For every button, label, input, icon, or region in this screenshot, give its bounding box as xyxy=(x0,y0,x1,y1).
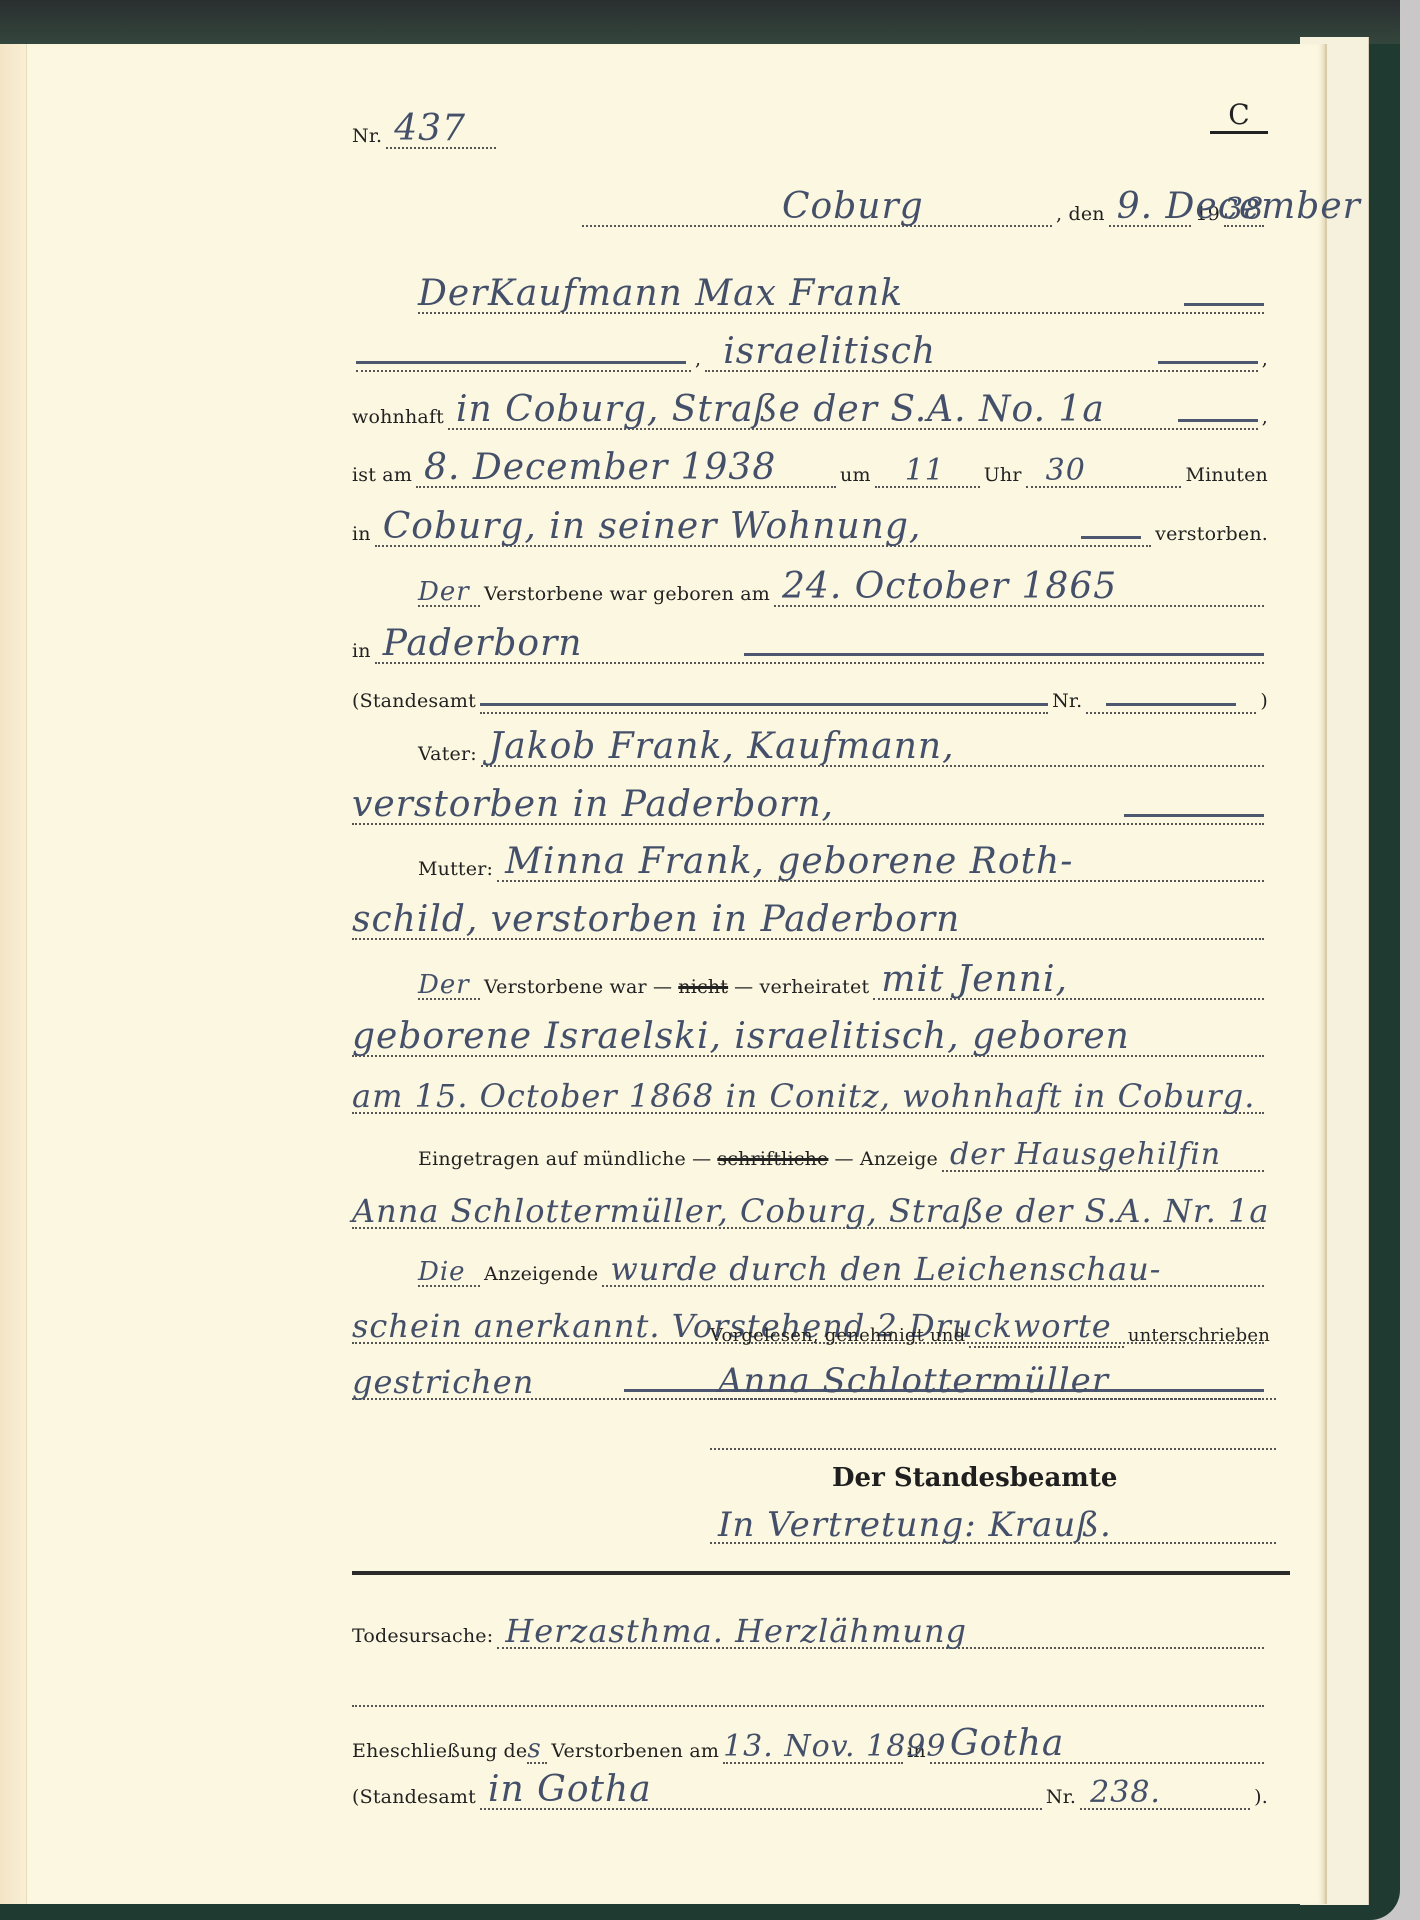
marriage-registry-field: in Gotha xyxy=(480,1768,1042,1810)
informant-field: der Hausgehilfin xyxy=(942,1130,1264,1172)
death-minutes-field: 30 xyxy=(1026,446,1182,488)
residence-label: wohnhaft xyxy=(352,406,444,430)
mother-row: Mutter: Minna Frank, geborene Roth- xyxy=(352,840,1268,882)
death-date-label: ist am xyxy=(352,464,412,488)
filler-dash xyxy=(1158,361,1258,364)
filler-dash xyxy=(1106,703,1236,706)
birth-date-field: 24. October 1865 xyxy=(774,565,1264,607)
informant-signature-row: Anna Schlottermüller xyxy=(710,1358,1280,1400)
filler-dash xyxy=(1081,536,1141,539)
mother-field-2: schild, verstorben in Paderborn xyxy=(352,898,1264,940)
father-field-2: verstorben in Paderborn, xyxy=(352,783,1264,825)
filler-dash xyxy=(1184,303,1264,306)
mother-row-2: schild, verstorben in Paderborn xyxy=(352,898,1268,940)
birth-registry-nr-field xyxy=(1086,672,1256,714)
place-value: Coburg xyxy=(782,189,924,225)
marriage-registry-nr-value: 238. xyxy=(1090,1778,1161,1808)
previous-page-gutter xyxy=(0,44,27,1904)
birth-date-row: Der Verstorbene war geboren am 24. Octob… xyxy=(352,565,1268,607)
section-divider xyxy=(352,1571,1290,1575)
informant-signature: Anna Schlottermüller xyxy=(718,1364,1109,1398)
filler-dash xyxy=(744,653,1264,656)
spouse-field-3: am 15. October 1868 in Conitz, wohnhaft … xyxy=(352,1072,1264,1114)
residence-field: in Coburg, Straße der S.A. No. 1a xyxy=(448,388,1258,430)
date-field: 9. December xyxy=(1109,185,1192,227)
informant-note-row: Die Anzeigende wurde durch den Leichensc… xyxy=(352,1245,1268,1287)
blank-field xyxy=(356,330,691,372)
father-value-2: verstorben in Paderborn, xyxy=(352,787,834,823)
father-row-2: verstorben in Paderborn, xyxy=(352,783,1268,825)
deceased-name-row: Der Kaufmann Max Frank xyxy=(352,272,1268,314)
year-value: 38 xyxy=(1224,195,1264,225)
cause-row-2 xyxy=(352,1665,1268,1707)
residence-row: wohnhaft in Coburg, Straße der S.A. No. … xyxy=(352,388,1268,430)
death-place-field: Coburg, in seiner Wohnung, xyxy=(375,505,1151,547)
death-date-field: 8. December 1938 xyxy=(416,446,836,488)
filler-dash xyxy=(1124,814,1264,817)
deceased-article: Der xyxy=(418,276,488,312)
birth-article-field: Der xyxy=(418,565,480,607)
marriage-registry-nr-field: 238. xyxy=(1080,1768,1250,1810)
father-value: Jakob Frank, Kaufmann, xyxy=(489,729,955,765)
official-signature: In Vertretung: Krauß. xyxy=(718,1508,1112,1542)
cause-label: Todesursache: xyxy=(352,1625,493,1649)
cause-of-death-row: Todesursache: Herzasthma. Herzlähmung xyxy=(352,1607,1268,1649)
date-label: , den xyxy=(1056,203,1105,227)
birth-place-value: Paderborn xyxy=(383,626,583,662)
book-top-edge xyxy=(0,0,1400,44)
father-row: Vater: Jakob Frank, Kaufmann, xyxy=(352,725,1268,767)
informant-note-value: wurde durch den Leichenschau- xyxy=(610,1253,1161,1285)
official-heading: Der Standesbeamte xyxy=(832,1463,1117,1493)
religion-field: israelitisch xyxy=(705,330,1258,372)
filler-dash xyxy=(480,703,1048,706)
mother-label: Mutter: xyxy=(418,858,493,882)
religion-value: israelitisch xyxy=(723,334,936,370)
marriage-place-value: Gotha xyxy=(950,1726,1065,1762)
death-hour-value: 11 xyxy=(905,456,945,486)
marriage-registry-value: in Gotha xyxy=(488,1772,652,1808)
official-signature-row: In Vertretung: Krauß. xyxy=(710,1502,1280,1544)
father-label: Vater: xyxy=(418,743,477,767)
birth-date-value: 24. October 1865 xyxy=(782,569,1117,605)
register-number-row: Nr. 437 xyxy=(352,107,592,149)
register-number-label: Nr. xyxy=(352,125,382,149)
read-approved-row: Vorgelesen, genehmigt und unterschrieben xyxy=(710,1318,1270,1348)
death-hour-field: 11 xyxy=(875,446,980,488)
death-time-row: ist am 8. December 1938 um 11 Uhr 30 Min… xyxy=(352,446,1268,488)
marriage-place-field: Gotha xyxy=(930,1722,1264,1764)
article-suffix-field: s xyxy=(527,1722,547,1764)
religion-row: , israelitisch , xyxy=(352,330,1268,372)
informant-note-field: wurde durch den Leichenschau- xyxy=(602,1245,1264,1287)
filler-dash xyxy=(1178,419,1258,422)
struck-word: nicht xyxy=(678,976,728,1000)
birth-date-label: Verstorbene war geboren am xyxy=(484,583,770,607)
marriage-date-field: 13. Nov. 1899 xyxy=(723,1722,903,1764)
blank-field xyxy=(710,1408,1276,1450)
marital-article-field: Der xyxy=(418,958,480,1000)
blank-signature-row xyxy=(710,1408,1280,1450)
marriage-date-value: 13. Nov. 1899 xyxy=(723,1732,946,1762)
death-place-row: in Coburg, in seiner Wohnung, verstorben… xyxy=(352,505,1268,547)
year-field: 38 xyxy=(1224,185,1264,227)
deceased-name-field: Der Kaufmann Max Frank xyxy=(418,272,1264,314)
informant-value-2: Anna Schlottermüller, Coburg, Straße der… xyxy=(352,1195,1269,1227)
informant-note-value-3: gestrichen xyxy=(352,1366,534,1398)
death-date-value: 8. December 1938 xyxy=(424,450,776,486)
filler-dash xyxy=(356,361,686,364)
spouse-value-3: am 15. October 1868 in Conitz, wohnhaft … xyxy=(352,1080,1255,1112)
residence-value: in Coburg, Straße der S.A. No. 1a xyxy=(456,392,1105,428)
birth-registry-row: (Standesamt Nr. ) xyxy=(352,672,1268,714)
marriage-date-row: Eheschließung de s Verstorbenen am 13. N… xyxy=(352,1722,1268,1764)
mother-value: Minna Frank, geborene Roth- xyxy=(505,844,1073,880)
spouse-row-3: am 15. October 1868 in Conitz, wohnhaft … xyxy=(352,1072,1268,1114)
birth-place-row: in Paderborn xyxy=(352,622,1268,664)
marital-status-row: Der Verstorbene war — nicht — verheirate… xyxy=(352,958,1268,1000)
informant-signature-field: Anna Schlottermüller xyxy=(710,1358,1276,1400)
mother-value-2: schild, verstorben in Paderborn xyxy=(352,902,960,938)
birth-registry-field xyxy=(480,672,1048,714)
marriage-registry-row: (Standesamt in Gotha Nr. 238. ). xyxy=(352,1768,1268,1810)
birth-place-field: Paderborn xyxy=(375,622,1264,664)
blank-field xyxy=(352,1665,1264,1707)
place-date-row: Coburg , den 9. December 19 38 xyxy=(352,185,1268,227)
register-number-value: 437 xyxy=(394,111,466,147)
spouse-row-2: geborene Israelski, israelitisch, gebore… xyxy=(352,1015,1268,1057)
register-number-field: 437 xyxy=(386,107,496,149)
cause-field: Herzasthma. Herzlähmung xyxy=(497,1607,1264,1649)
father-field: Jakob Frank, Kaufmann, xyxy=(481,725,1264,767)
blank-field xyxy=(969,1336,1124,1348)
spouse-field-2: geborene Israelski, israelitisch, gebore… xyxy=(352,1015,1264,1057)
spouse-value: mit Jenni, xyxy=(881,962,1068,998)
death-minutes-value: 30 xyxy=(1046,456,1086,486)
struck-word: schriftliche xyxy=(717,1148,828,1172)
cause-value: Herzasthma. Herzlähmung xyxy=(505,1615,967,1647)
place-field: Coburg xyxy=(582,185,1052,227)
informant-value: der Hausgehilfin xyxy=(950,1140,1221,1170)
official-signature-field: In Vertretung: Krauß. xyxy=(710,1502,1276,1544)
spouse-value-2: geborene Israelski, israelitisch, gebore… xyxy=(352,1019,1130,1055)
informant-field-2: Anna Schlottermüller, Coburg, Straße der… xyxy=(352,1187,1264,1229)
mother-field: Minna Frank, geborene Roth- xyxy=(497,840,1264,882)
informant-article-field: Die xyxy=(418,1245,480,1287)
section-mark: C xyxy=(1210,100,1268,134)
spouse-field: mit Jenni, xyxy=(873,958,1264,1000)
informant-row-2: Anna Schlottermüller, Coburg, Straße der… xyxy=(352,1187,1268,1229)
deceased-name-value: Kaufmann Max Frank xyxy=(488,276,903,312)
death-place-value: Coburg, in seiner Wohnung, xyxy=(383,509,922,545)
informant-row: Eingetragen auf mündliche — schriftliche… xyxy=(352,1130,1268,1172)
